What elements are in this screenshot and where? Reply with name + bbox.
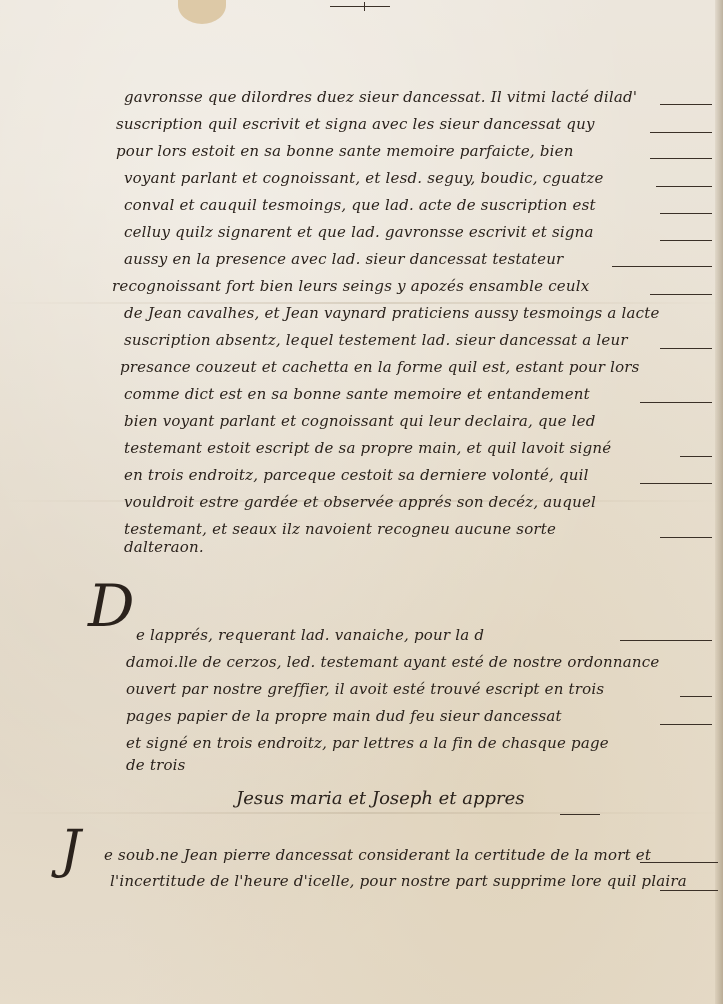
paper-fold [0, 812, 723, 814]
text-line: pages papier de la propre main dud feu s… [126, 707, 562, 725]
text-line: vouldroit estre gardée et observée appré… [124, 493, 596, 511]
manuscript-page: gavronsse que dilordres duez sieur dance… [0, 0, 723, 1004]
text-line: de trois [126, 756, 186, 774]
text-line: conval et cauquil tesmoings, que lad. ac… [124, 196, 596, 214]
line-filler [560, 814, 600, 815]
line-filler [650, 132, 712, 133]
text-line: e lapprés, requerant lad. vanaiche, pour… [136, 626, 484, 644]
text-line: pour lors estoit en sa bonne sante memoi… [116, 142, 574, 160]
drop-cap: D [88, 572, 135, 640]
line-filler [656, 186, 712, 187]
line-filler [660, 240, 712, 241]
text-line: suscription absentz, lequel testement la… [124, 331, 628, 349]
line-filler [640, 862, 718, 863]
line-filler [650, 158, 712, 159]
text-line: ouvert par nostre greffier, il avoit est… [126, 680, 604, 698]
text-line: e soub.ne Jean pierre dancessat consider… [104, 846, 651, 864]
line-filler [660, 537, 712, 538]
line-filler [680, 456, 712, 457]
line-filler [660, 348, 712, 349]
line-filler [660, 724, 712, 725]
paper-stain [178, 0, 226, 24]
line-filler [660, 104, 712, 105]
text-line: comme dict est en sa bonne sante memoire… [124, 385, 590, 403]
line-filler [640, 483, 712, 484]
text-line: de Jean cavalhes, et Jean vaynard pratic… [124, 304, 660, 322]
line-filler [680, 696, 712, 697]
text-line: recognoissant fort bien leurs seings y a… [112, 277, 589, 295]
text-line: damoi.lle de cerzos, led. testemant ayan… [126, 653, 659, 671]
text-line: voyant parlant et cognoissant, et lesd. … [124, 169, 604, 187]
text-line: bien voyant parlant et cognoissant qui l… [124, 412, 596, 430]
page-edge [715, 0, 723, 1004]
text-line: presance couzeut et cachetta en la forme… [120, 358, 640, 376]
text-line: testemant estoit escript de sa propre ma… [124, 439, 611, 457]
ink-mark [330, 6, 390, 7]
text-line: gavronsse que dilordres duez sieur dance… [124, 88, 637, 106]
invocation-heading: Jesus maria et Joseph et appres [236, 788, 525, 809]
line-filler [612, 266, 712, 267]
line-filler [620, 640, 712, 641]
text-line: suscription quil escrivit et signa avec … [116, 115, 595, 133]
line-filler [640, 402, 712, 403]
line-filler [650, 294, 712, 295]
text-line: dalteraon. [124, 538, 204, 556]
text-line: aussy en la presence avec lad. sieur dan… [124, 250, 563, 268]
text-line: celluy quilz signarent et que lad. gavro… [124, 223, 594, 241]
drop-cap: J [60, 820, 81, 880]
text-line: en trois endroitz, parceque cestoit sa d… [124, 466, 589, 484]
text-line: l'incertitude de l'heure d'icelle, pour … [110, 872, 687, 890]
line-filler [660, 890, 718, 891]
line-filler [660, 213, 712, 214]
text-line: et signé en trois endroitz, par lettres … [126, 734, 609, 752]
text-line: testemant, et seaux ilz navoient recogne… [124, 520, 556, 538]
